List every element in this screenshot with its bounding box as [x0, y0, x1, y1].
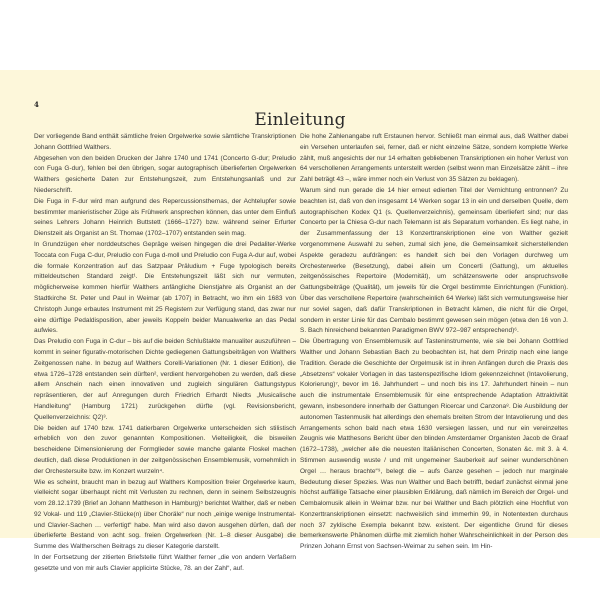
- paragraph: Der vorliegende Band enthält sämtliche f…: [34, 132, 296, 154]
- right-text-column: Die hohe Zahlenangabe ruft Erstaunen her…: [300, 132, 568, 553]
- page-number: 4: [34, 100, 39, 109]
- paragraph: In Grundzügen eher norddeutsches Gepräge…: [34, 240, 296, 337]
- book-page: 4 Einleitung Der vorliegende Band enthäl…: [0, 70, 600, 538]
- paragraph: Die hohe Zahlenangabe ruft Erstaunen her…: [300, 132, 568, 186]
- paragraph: Das Preludio con Fuga in C-dur – bis auf…: [34, 337, 296, 423]
- paragraph: Wie es scheint, braucht man in bezug auf…: [34, 478, 296, 554]
- paragraph: Die beiden auf 1740 bzw. 1741 datierbare…: [34, 424, 296, 478]
- paragraph: In der Fortsetzung der zitierten Briefst…: [34, 553, 296, 575]
- paragraph: Warum sind nun gerade die 14 hier erneut…: [300, 186, 568, 337]
- paragraph: Die Fuga in F-dur wird man aufgrund des …: [34, 197, 296, 240]
- left-text-column: Der vorliegende Band enthält sämtliche f…: [34, 132, 296, 575]
- paragraph: Abgesehen von den beiden Drucken der Jah…: [34, 154, 296, 197]
- paragraph: Die Übertragung von Ensemblemusik auf Ta…: [300, 337, 568, 553]
- page-title: Einleitung: [0, 110, 600, 130]
